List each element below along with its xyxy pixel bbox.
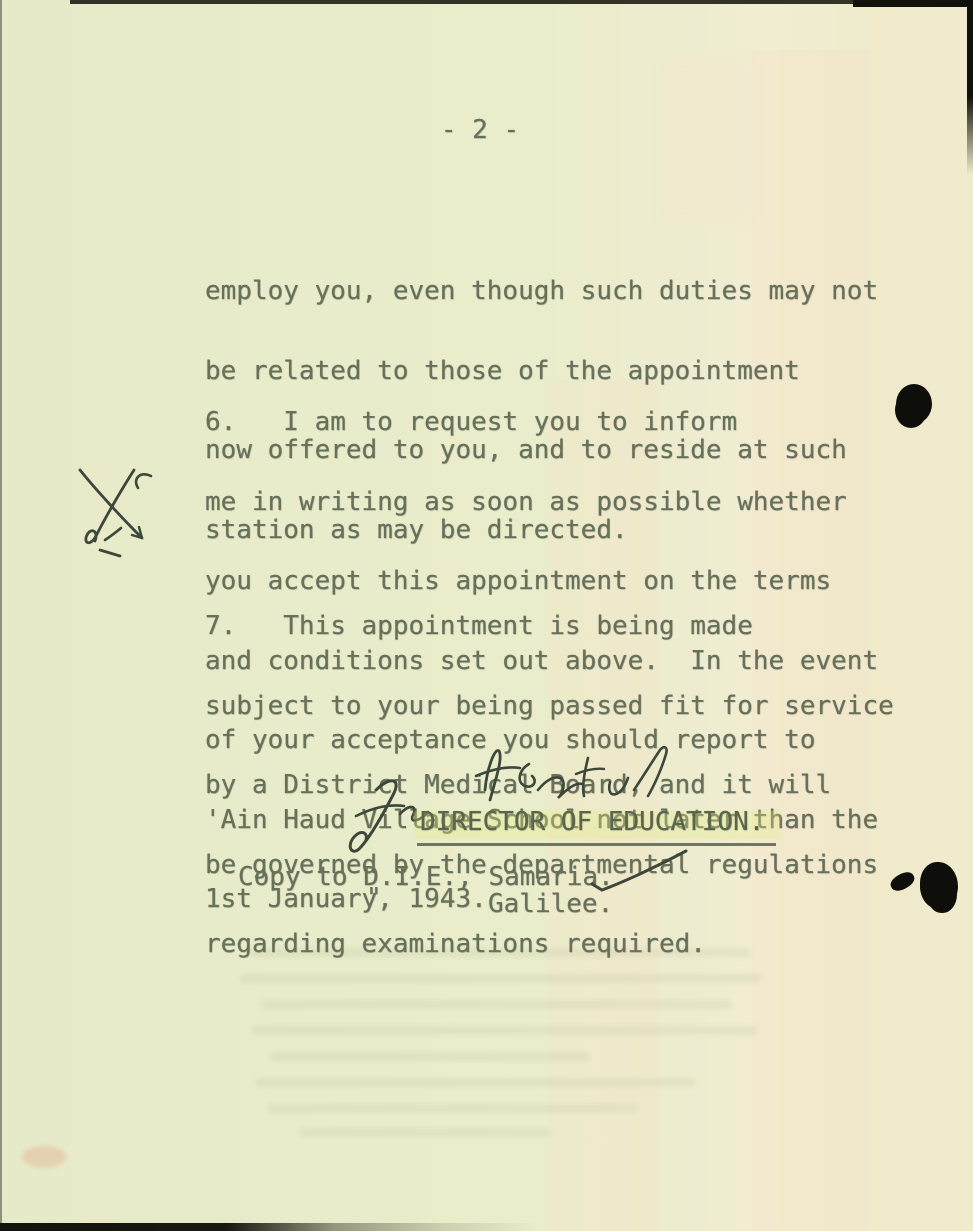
- margin-annotation-scrawl: [58, 448, 178, 568]
- scan-edge-artifact: [70, 0, 973, 4]
- bleed-through-smudge: [300, 1128, 550, 1137]
- ink-blot: [896, 384, 932, 424]
- scan-edge-artifact: [0, 1223, 540, 1231]
- ink-blot: [920, 862, 958, 909]
- bleed-through-smudge: [256, 1078, 696, 1087]
- typed-line: regarding examinations required.: [205, 931, 894, 958]
- ditto-mark: ": [366, 885, 382, 912]
- typed-line: 7. This appointment is being made: [205, 613, 894, 640]
- scan-edge-artifact: [967, 0, 973, 175]
- signature-title: DIRECTOR OF EDUCATION.: [420, 809, 764, 836]
- page-number: - 2 -: [0, 117, 960, 144]
- scan-edge-artifact: [0, 0, 2, 1231]
- checkmark-stroke: [580, 840, 695, 895]
- typed-line: subject to your being passed fit for ser…: [205, 693, 894, 720]
- typed-line: employ you, even though such duties may …: [205, 278, 878, 305]
- scanned-letter-page: - 2 - employ you, even though such dutie…: [0, 0, 973, 1231]
- bleed-through-smudge: [268, 1104, 638, 1113]
- scan-edge-artifact: [853, 0, 973, 7]
- copy-to-line: Copy to D.I.E., Samaria.: [238, 864, 614, 891]
- typed-line: me in writing as soon as possible whethe…: [205, 489, 878, 516]
- typed-line: 6. I am to request you to inform: [205, 409, 878, 436]
- bleed-through-smudge: [252, 1026, 757, 1035]
- bleed-through-smudge: [270, 1052, 590, 1061]
- pink-smudge: [22, 1146, 66, 1168]
